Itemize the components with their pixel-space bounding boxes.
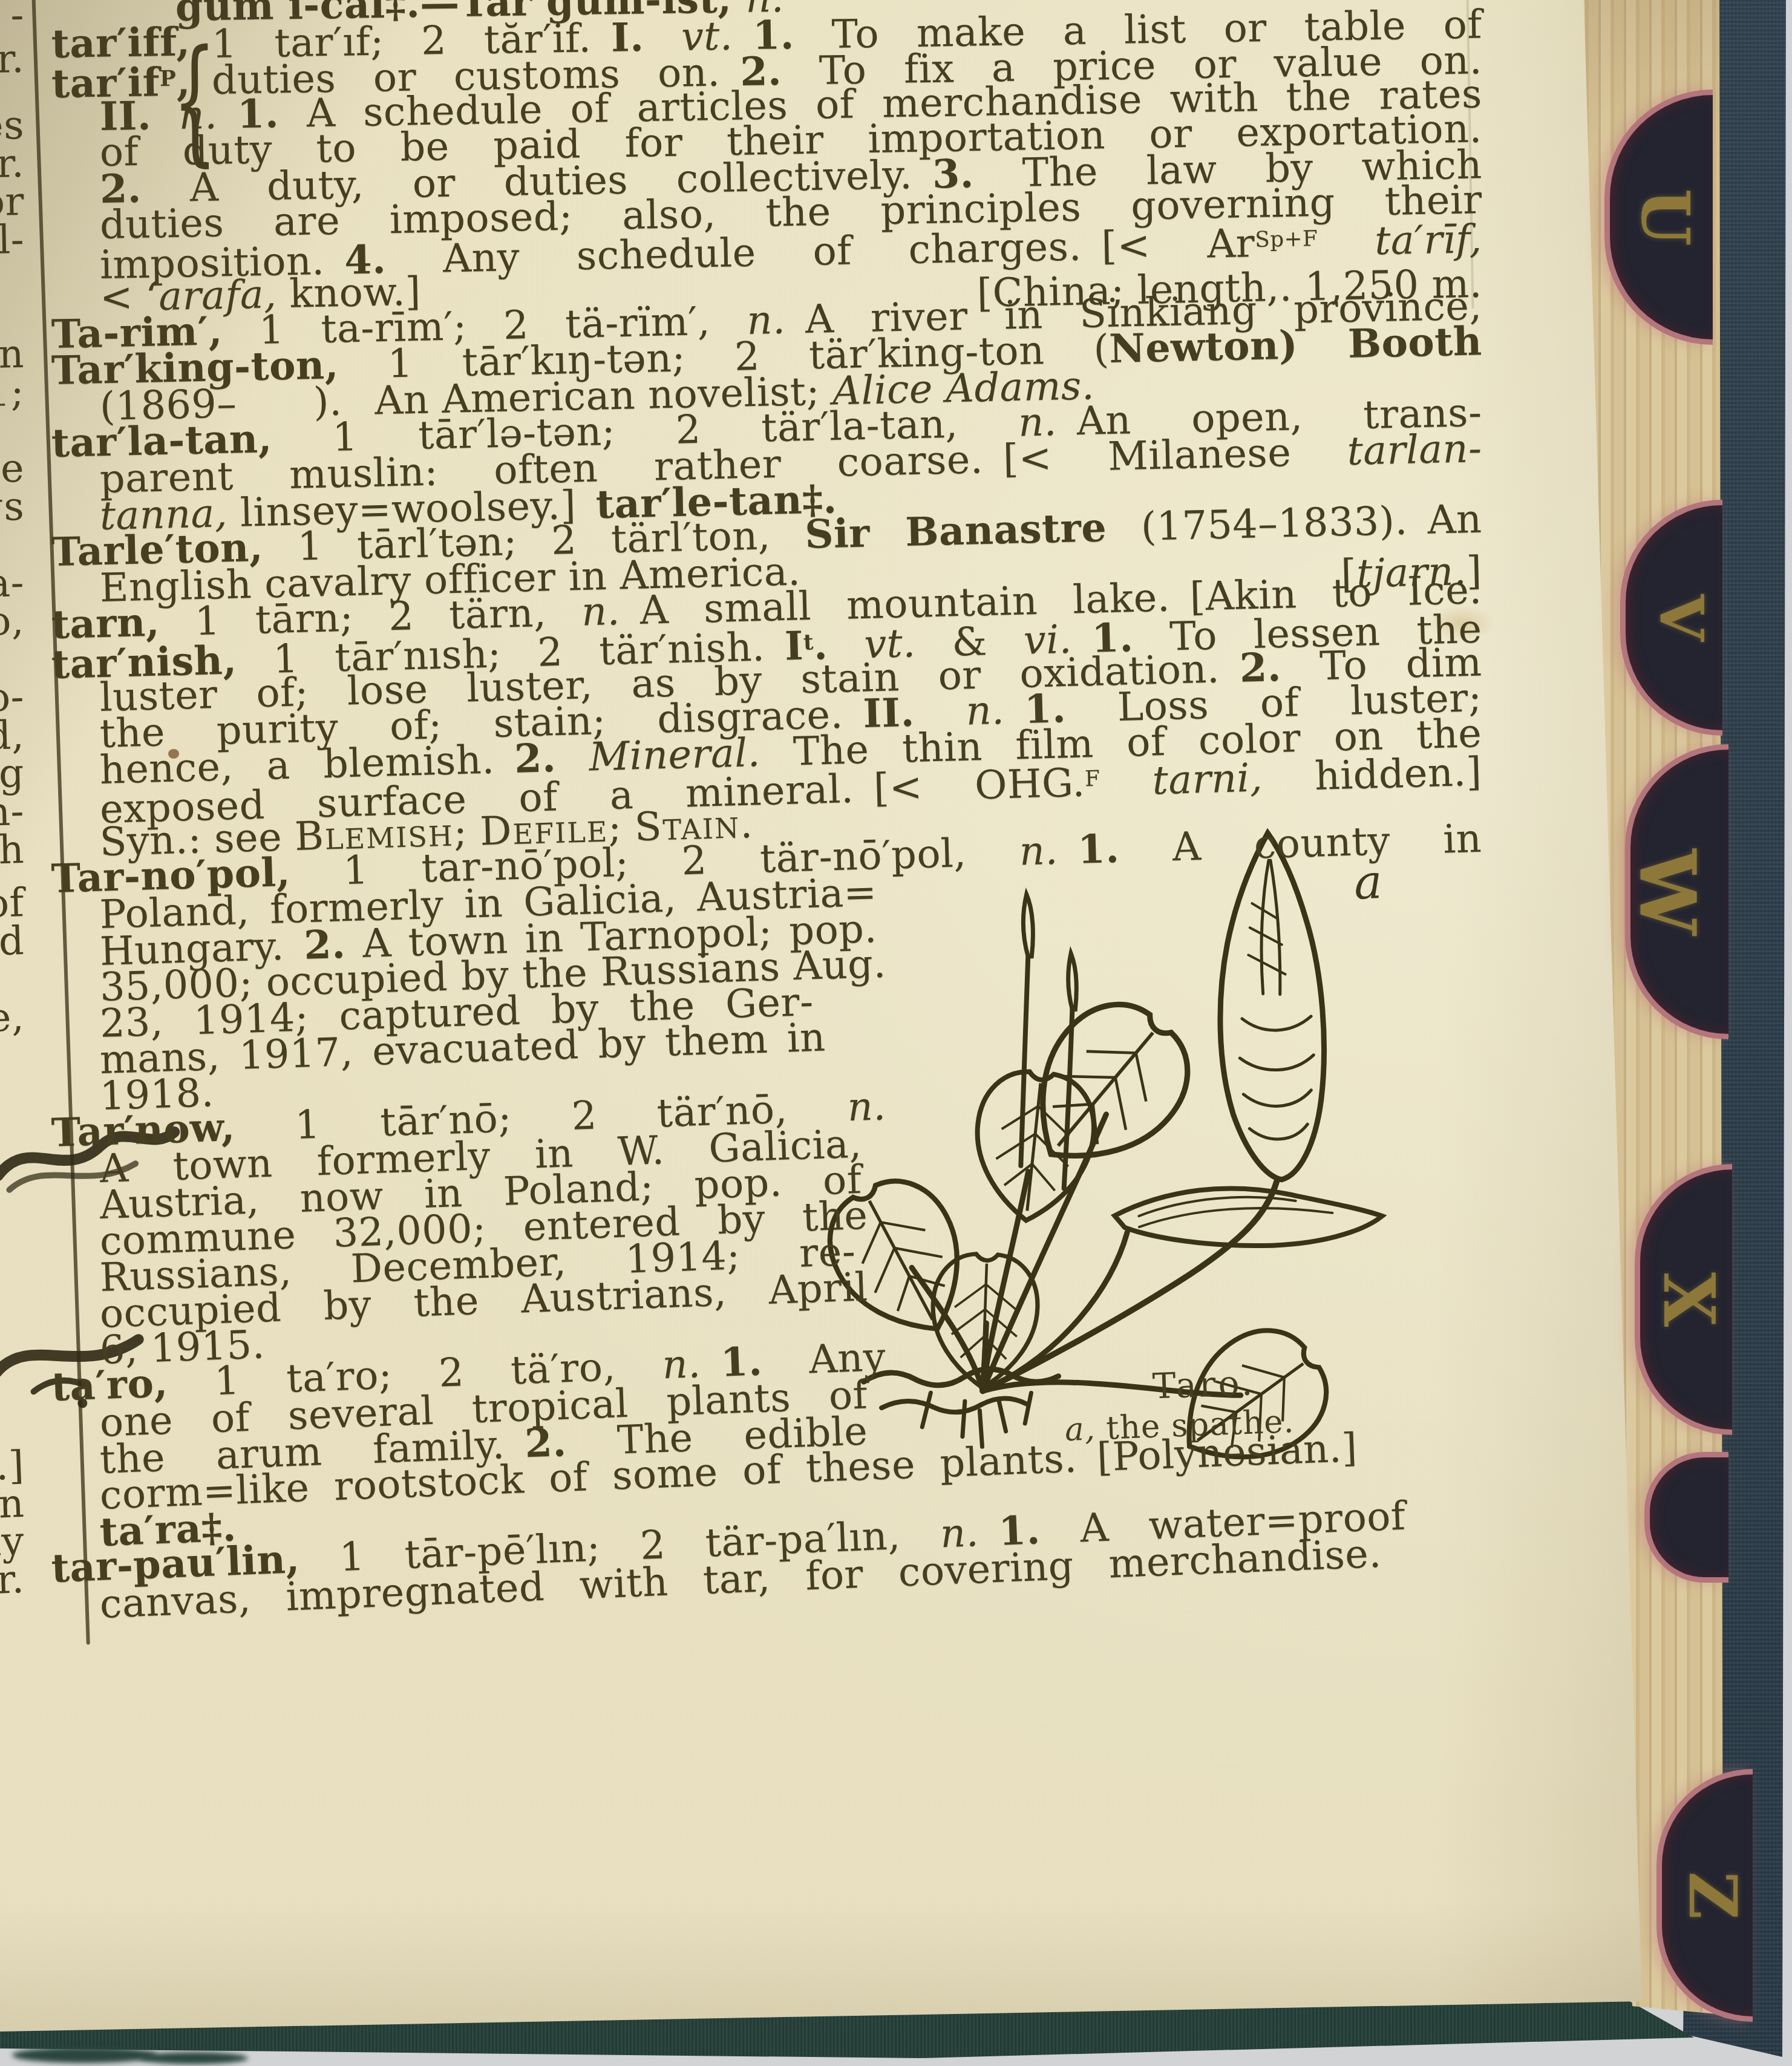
left-column-fragment: so,: [0, 597, 25, 651]
photographed-dictionary-page: {: [0, 0, 1792, 2066]
left-column-fragment: fied: [0, 917, 25, 972]
left-column-fragment: r.: [0, 35, 25, 87]
tab-letter: Z: [1675, 1872, 1751, 1920]
left-column-fragment: l-: [0, 216, 25, 269]
tab-letter: V: [1646, 594, 1717, 641]
left-column-fragment: rge,: [0, 993, 25, 1048]
long-leaf: [1114, 1183, 1383, 1251]
leaf: [969, 1067, 1100, 1227]
left-column-fragment: < Ar.: [0, 1555, 25, 1612]
tab-letter: U: [1626, 188, 1704, 246]
taro-caption-title: Taro.: [1152, 1359, 1335, 1407]
tab-letter: X: [1647, 1272, 1730, 1327]
dictionary-column: {: [0, 0, 1792, 2066]
left-column-fragment: gs: [0, 483, 25, 536]
left-column-fragment: ith: [0, 826, 25, 880]
tab-letter: W: [1623, 849, 1713, 935]
left-column-fragment: 1;: [0, 368, 25, 422]
